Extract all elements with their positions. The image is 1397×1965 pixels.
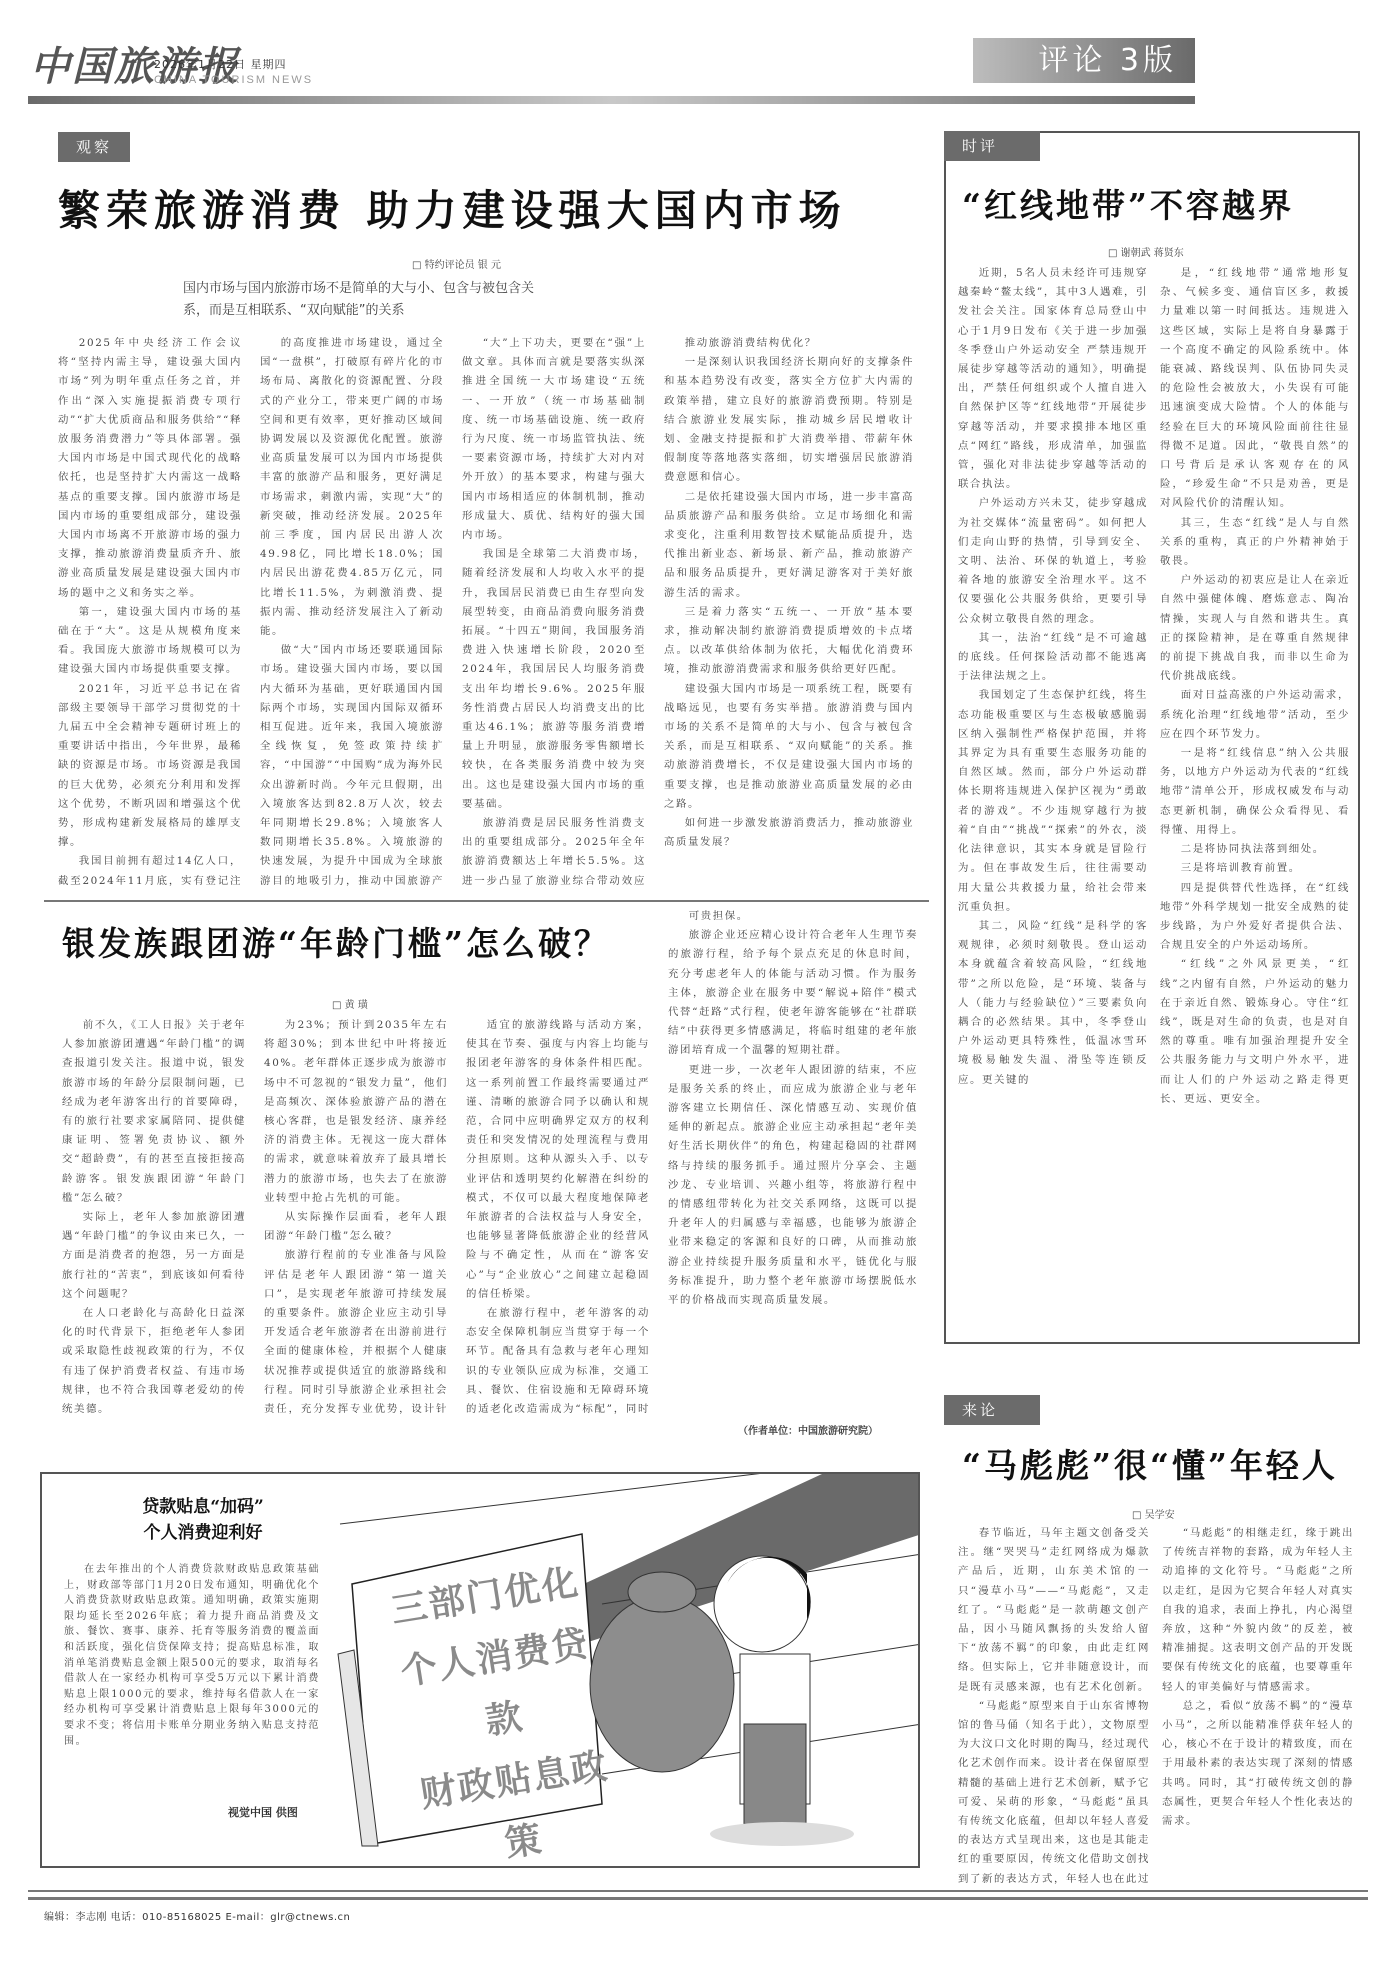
horse-article-byline: □ 吴学安 bbox=[1132, 1506, 1175, 1521]
newspaper-english-name: CHINA TOURISM NEWS bbox=[154, 74, 313, 86]
main-article-title: 繁荣旅游消费 助力建设强大国内市场 bbox=[58, 178, 847, 238]
redline-article-byline: □ 谢朝武 蒋贤东 bbox=[1108, 244, 1184, 259]
main-article-column-1: 2025年中央经济工作会议将“坚持内需主导，建设强大国内市场”列为明年重点任务之… bbox=[58, 334, 242, 889]
silver-article-column-4: 可贵担保。旅游企业还应精心设计符合老年人生理节奏的旅游行程，给予每个景点充足的休… bbox=[668, 907, 918, 1387]
main-article-deck: 国内市场与国内旅游市场不是简单的大与小、包含与被包含关系，而是互相联系、“双向赋… bbox=[183, 278, 548, 322]
silver-article-byline: □ 黄 璜 bbox=[332, 996, 368, 1011]
illustration-box-text: 在去年推出的个人消费贷款财政贴息政策基础上，财政部等部门1月20日发布通知，明确… bbox=[64, 1562, 320, 1798]
redline-article-title: “红线地带”不容越界 bbox=[962, 180, 1294, 227]
section-tag-contribution: 来论 bbox=[944, 1395, 1040, 1425]
main-article-column-2: 的高度推进市场建设，通过全国“一盘棋”，打破原有碎片化的市场布局、离散化的资源配… bbox=[260, 334, 444, 889]
silver-article-column-2: 为23%；预计到2035年左右将超30%；到本世纪中叶将接近40%。老年群体正逐… bbox=[264, 1016, 448, 1416]
horse-article-column-2: “马彪彪”的相继走红，缘于跳出了传统吉祥物的套路，成为年轻人主动追捧的文化符号。… bbox=[1162, 1524, 1354, 1884]
section-tag-commentary: 时评 bbox=[944, 131, 1040, 161]
masthead-divider bbox=[28, 96, 1195, 104]
silver-article-title: 银发族跟团游“年龄门槛”怎么破？ bbox=[62, 918, 610, 965]
silver-article-column-1: 前不久，《工人日报》关于老年人参加旅游团遭遇“年龄门槛”的调查报道引发关注。报道… bbox=[62, 1016, 246, 1416]
main-article-column-4: 推动旅游消费结构优化？一是深刻认识我国经济长期向好的支撑条件和基本趋势没有改变，… bbox=[664, 334, 914, 889]
redline-article-column-1: 近期，5名人员未经许可违规穿越秦岭“鳌太线”，其中3人遇难，引发社会关注。国家体… bbox=[958, 264, 1148, 1314]
silver-article-column-3: 适宜的旅游线路与活动方案，使其在节奏、强度与内容上均能与报团老年游客的身体条件相… bbox=[466, 1016, 650, 1416]
editor-contact-footer: 编辑：李志刚 电话：010-85168025 E-mail：glr@ctnews… bbox=[44, 1908, 350, 1923]
illustration-box-title: 贷款贴息“加码” 个人消费迎利好 bbox=[128, 1494, 278, 1546]
section-tag-observation: 观察 bbox=[58, 132, 130, 162]
main-article-column-3: “大”上下功夫，更要在“强”上做文章。具体而言就是要落实纵深推进全国统一大市场建… bbox=[462, 334, 646, 889]
illustration-title-line-1: 贷款贴息“加码” bbox=[128, 1494, 278, 1520]
bottom-divider-1 bbox=[28, 1890, 1368, 1892]
horse-article-title: “马彪彪”很“懂”年轻人 bbox=[962, 1440, 1338, 1487]
edition-label: 评论 3版 bbox=[973, 38, 1195, 83]
bottom-divider-2 bbox=[28, 1897, 1368, 1900]
section-divider bbox=[44, 900, 929, 902]
redline-article-column-2: 是，“红线地带”通常地形复杂、气候多变、通信盲区多，救援力量难以第一时间抵达。违… bbox=[1160, 264, 1350, 1314]
illustration-title-line-2: 个人消费迎利好 bbox=[128, 1520, 278, 1546]
silver-article-author-unit: （作者单位：中国旅游研究院） bbox=[738, 1422, 878, 1437]
horse-article-column-1: 春节临近，马年主题文创备受关注。继“哭哭马”走红网络成为爆款产品后，近期，山东美… bbox=[958, 1524, 1150, 1884]
illustration-box: 贷款贴息“加码” 个人消费迎利好 在去年推出的个人消费贷款财政贴息政策基础上，财… bbox=[40, 1472, 920, 1868]
main-article-byline: □ 特约评论员 银 元 bbox=[412, 256, 501, 271]
illustration-credit: 视觉中国 供图 bbox=[228, 1804, 298, 1820]
issue-date: 2026年1月22日 星期四 bbox=[154, 56, 287, 72]
